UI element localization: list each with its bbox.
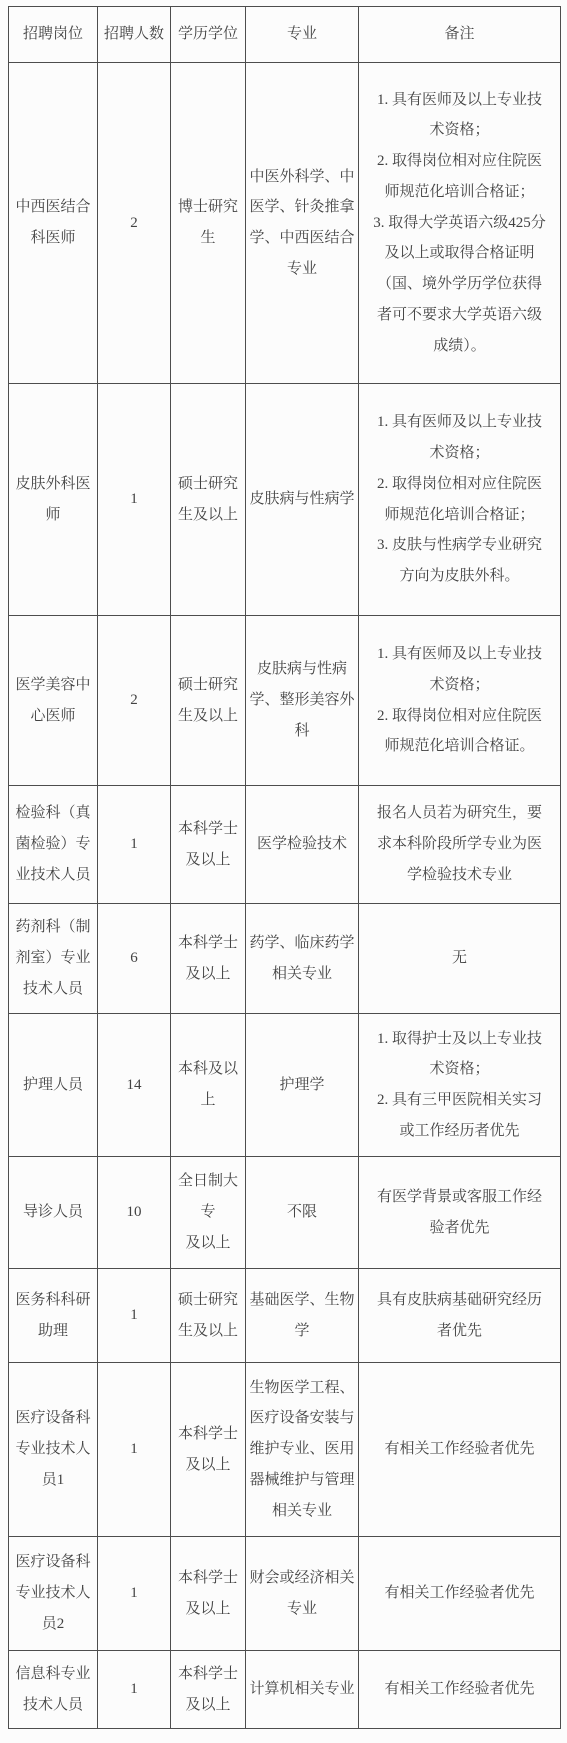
- cell-position: 医疗设备科专业技术人员2: [9, 1537, 98, 1651]
- cell-remark: 具有皮肤病基础研究经历者优先: [359, 1269, 561, 1363]
- cell-major: 基础医学、生物学: [246, 1269, 359, 1363]
- cell-major: 中医外科学、中医学、针灸推拿学、中西医结合专业: [246, 63, 359, 384]
- table-row: 医疗设备科专业技术人员1 1 本科学士及以上 生物医学工程、医疗设备安装与维护专…: [9, 1363, 561, 1537]
- cell-remark: 1. 具有医师及以上专业技术资格；2. 取得岗位相对应住院医师规范化培训合格证；…: [359, 63, 561, 384]
- table-row: 皮肤外科医师 1 硕士研究生及以上 皮肤病与性病学 1. 具有医师及以上专业技术…: [9, 384, 561, 616]
- cell-count: 14: [98, 1014, 171, 1157]
- column-header-2: 招聘人数: [98, 7, 171, 63]
- cell-count: 1: [98, 786, 171, 904]
- cell-count: 1: [98, 384, 171, 616]
- remark-item: 2. 具有三甲医院相关实习或工作经历者优先: [373, 1085, 546, 1147]
- cell-remark: 1. 具有医师及以上专业技术资格；2. 取得岗位相对应住院医师规范化培训合格证；…: [359, 384, 561, 616]
- cell-major: 财会或经济相关专业: [246, 1537, 359, 1651]
- cell-education: 本科学士及以上: [171, 1537, 246, 1651]
- remark-item: 2. 取得岗位相对应住院医师规范化培训合格证。: [373, 701, 546, 763]
- cell-education: 本科学士及以上: [171, 1363, 246, 1537]
- cell-remark: 有相关工作经验者优先: [359, 1363, 561, 1537]
- remark-item: 具有皮肤病基础研究经历者优先: [373, 1285, 546, 1347]
- cell-education: 硕士研究生及以上: [171, 616, 246, 786]
- cell-count: 1: [98, 1363, 171, 1537]
- remark-item: 2. 取得岗位相对应住院医师规范化培训合格证；: [373, 146, 546, 208]
- column-header-4: 专业: [246, 7, 359, 63]
- recruitment-table: 招聘岗位招聘人数学历学位专业备注 中西医结合科医师 2 博士研究生 中医外科学、…: [8, 6, 561, 1729]
- cell-count: 10: [98, 1157, 171, 1269]
- table-row: 医务科科研助理 1 硕士研究生及以上 基础医学、生物学 具有皮肤病基础研究经历者…: [9, 1269, 561, 1363]
- table-row: 中西医结合科医师 2 博士研究生 中医外科学、中医学、针灸推拿学、中西医结合专业…: [9, 63, 561, 384]
- table-row: 信息科专业技术人员 1 本科学士及以上 计算机相关专业 有相关工作经验者优先: [9, 1651, 561, 1729]
- remark-item: 有相关工作经验者优先: [373, 1434, 546, 1465]
- cell-education: 本科学士及以上: [171, 786, 246, 904]
- cell-count: 1: [98, 1651, 171, 1729]
- cell-education: 硕士研究生及以上: [171, 384, 246, 616]
- cell-education: 博士研究生: [171, 63, 246, 384]
- cell-major: 医学检验技术: [246, 786, 359, 904]
- cell-major: 计算机相关专业: [246, 1651, 359, 1729]
- cell-major: 护理学: [246, 1014, 359, 1157]
- table-row: 导诊人员 10 全日制大专 及以上 不限 有医学背景或客服工作经验者优先: [9, 1157, 561, 1269]
- cell-position: 医疗设备科专业技术人员1: [9, 1363, 98, 1537]
- cell-remark: 有相关工作经验者优先: [359, 1537, 561, 1651]
- column-header-5: 备注: [359, 7, 561, 63]
- remark-item: 有相关工作经验者优先: [373, 1674, 546, 1705]
- recruitment-notice-page: 招聘岗位招聘人数学历学位专业备注 中西医结合科医师 2 博士研究生 中医外科学、…: [0, 0, 567, 1743]
- header-row: 招聘岗位招聘人数学历学位专业备注: [9, 7, 561, 63]
- remark-item: 有医学背景或客服工作经验者优先: [373, 1182, 546, 1244]
- cell-major: 药学、临床药学相关专业: [246, 904, 359, 1014]
- cell-major: 皮肤病与性病学、整形美容外科: [246, 616, 359, 786]
- remark-item: 1. 具有医师及以上专业技术资格；: [373, 639, 546, 701]
- cell-count: 1: [98, 1269, 171, 1363]
- cell-position: 导诊人员: [9, 1157, 98, 1269]
- cell-position: 医务科科研助理: [9, 1269, 98, 1363]
- cell-remark: 1. 取得护士及以上专业技术资格；2. 具有三甲医院相关实习或工作经历者优先: [359, 1014, 561, 1157]
- remark-item: 1. 具有医师及以上专业技术资格；: [373, 85, 546, 147]
- cell-education: 全日制大专 及以上: [171, 1157, 246, 1269]
- column-header-3: 学历学位: [171, 7, 246, 63]
- cell-education: 本科及以上: [171, 1014, 246, 1157]
- column-header-1: 招聘岗位: [9, 7, 98, 63]
- cell-major: 不限: [246, 1157, 359, 1269]
- cell-position: 皮肤外科医师: [9, 384, 98, 616]
- cell-count: 6: [98, 904, 171, 1014]
- remark-item: 1. 取得护士及以上专业技术资格；: [373, 1024, 546, 1086]
- cell-count: 2: [98, 616, 171, 786]
- table-row: 药剂科（制剂室）专业技术人员 6 本科学士及以上 药学、临床药学相关专业 无: [9, 904, 561, 1014]
- table-row: 检验科（真菌检验）专业技术人员 1 本科学士及以上 医学检验技术 报名人员若为研…: [9, 786, 561, 904]
- cell-position: 信息科专业技术人员: [9, 1651, 98, 1729]
- cell-education: 本科学士及以上: [171, 1651, 246, 1729]
- table-row: 护理人员 14 本科及以上 护理学 1. 取得护士及以上专业技术资格；2. 具有…: [9, 1014, 561, 1157]
- remark-item: 1. 具有医师及以上专业技术资格；: [373, 407, 546, 469]
- remark-item: 3. 皮肤与性病学专业研究方向为皮肤外科。: [373, 530, 546, 592]
- cell-education: 硕士研究生及以上: [171, 1269, 246, 1363]
- cell-remark: 1. 具有医师及以上专业技术资格；2. 取得岗位相对应住院医师规范化培训合格证。: [359, 616, 561, 786]
- remark-item: 报名人员若为研究生，要求本科阶段所学专业为医学检验技术专业: [373, 798, 546, 890]
- table-row: 医学美容中心医师 2 硕士研究生及以上 皮肤病与性病学、整形美容外科 1. 具有…: [9, 616, 561, 786]
- remark-item: 有相关工作经验者优先: [373, 1578, 546, 1609]
- cell-major: 皮肤病与性病学: [246, 384, 359, 616]
- remark-item: 无: [373, 943, 546, 974]
- cell-position: 护理人员: [9, 1014, 98, 1157]
- cell-position: 中西医结合科医师: [9, 63, 98, 384]
- remark-item: 2. 取得岗位相对应住院医师规范化培训合格证；: [373, 469, 546, 531]
- cell-remark: 有医学背景或客服工作经验者优先: [359, 1157, 561, 1269]
- cell-count: 1: [98, 1537, 171, 1651]
- cell-remark: 无: [359, 904, 561, 1014]
- cell-major: 生物医学工程、医疗设备安装与维护专业、医用器械维护与管理相关专业: [246, 1363, 359, 1537]
- table-header: 招聘岗位招聘人数学历学位专业备注: [9, 7, 561, 63]
- cell-remark: 有相关工作经验者优先: [359, 1651, 561, 1729]
- cell-position: 医学美容中心医师: [9, 616, 98, 786]
- table-row: 医疗设备科专业技术人员2 1 本科学士及以上 财会或经济相关专业 有相关工作经验…: [9, 1537, 561, 1651]
- cell-education: 本科学士及以上: [171, 904, 246, 1014]
- cell-position: 检验科（真菌检验）专业技术人员: [9, 786, 98, 904]
- cell-position: 药剂科（制剂室）专业技术人员: [9, 904, 98, 1014]
- remark-item: 3. 取得大学英语六级425分及以上或取得合格证明（国、境外学历学位获得者可不要…: [373, 208, 546, 362]
- cell-count: 2: [98, 63, 171, 384]
- cell-remark: 报名人员若为研究生，要求本科阶段所学专业为医学检验技术专业: [359, 786, 561, 904]
